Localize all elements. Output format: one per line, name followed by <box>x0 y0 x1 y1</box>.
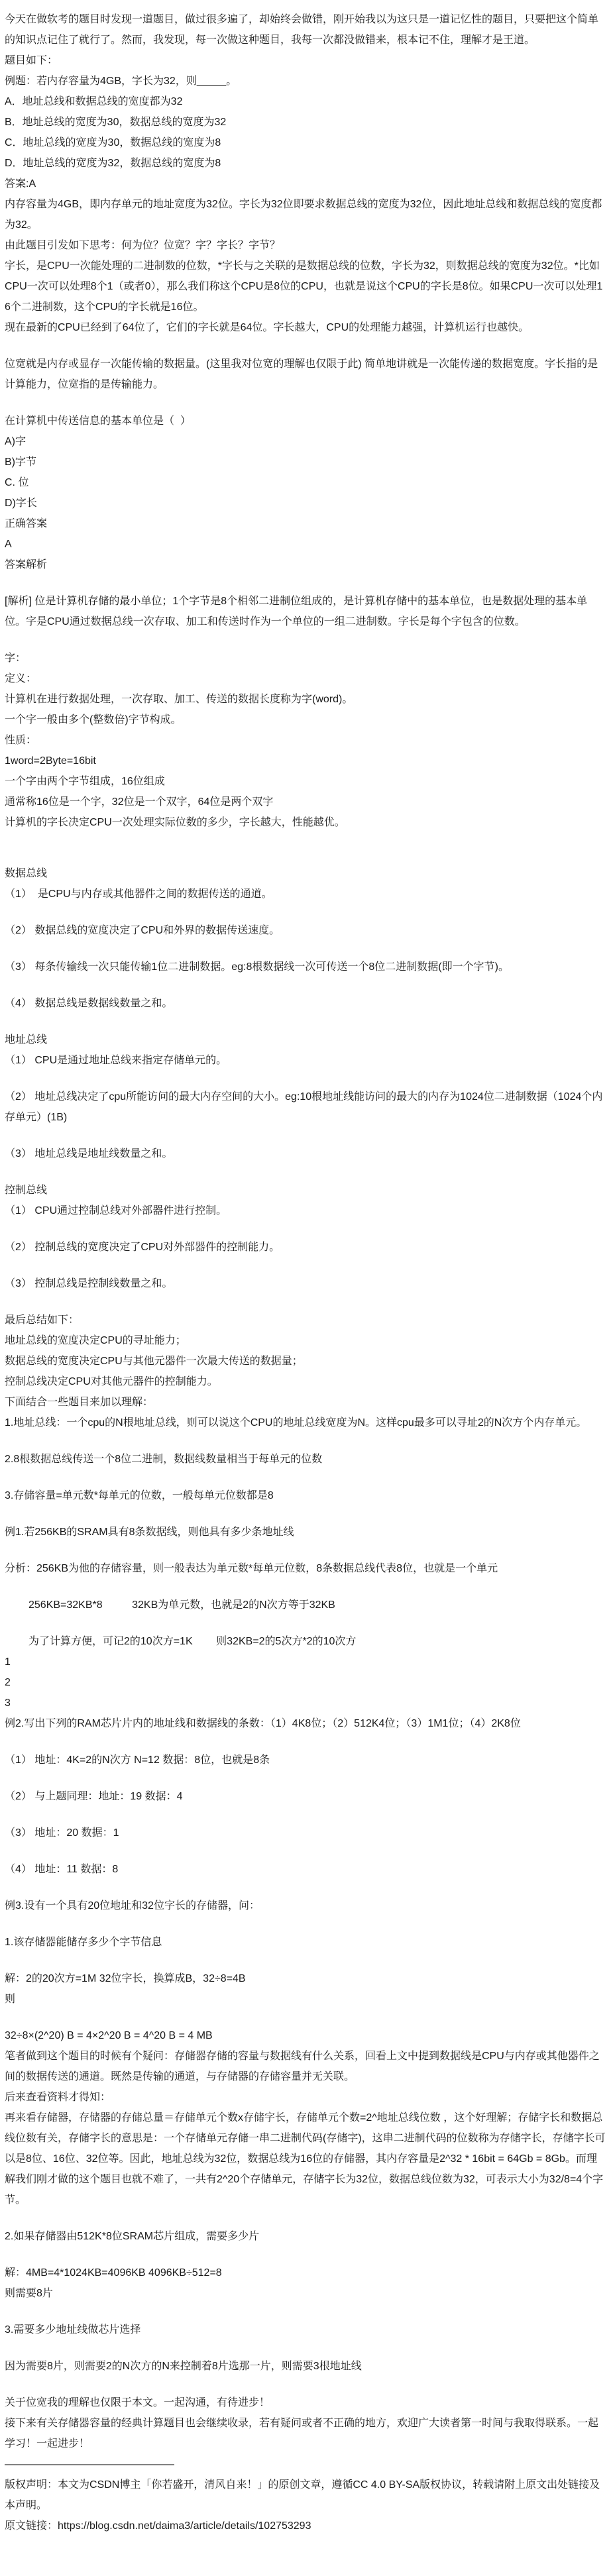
article-line: （2） 与上题同理：地址：19 数据：4 <box>5 1786 606 1807</box>
article-line: （1） 地址：4K=2的N次方 N=12 数据：8位，也就是8条 <box>5 1750 606 1770</box>
article-line: 字长，是CPU一次能处理的二进制数的位数，*字长与之关联的是数据总线的位数，字长… <box>5 256 606 317</box>
article-line: 一个字一般由多个(整数倍)字节构成。 <box>5 710 606 730</box>
article-line: 笔者做到这个题目的时候有个疑问：存储器存储的容量与数据线有什么关系，回看上文中提… <box>5 2046 606 2087</box>
article-body: 今天在做软考的题目时发现一道题目，做过很多遍了，却始终会做错，刚开始我以为这只是… <box>5 9 606 2536</box>
article-line: 字： <box>5 648 606 669</box>
article-line: 1.该存储器能储存多少个字节信息 <box>5 1932 606 1953</box>
article-line: （3） 每条传输线一次只能传输1位二进制数据。eg:8根数据线一次可传送一个8位… <box>5 957 606 977</box>
article-line: （1） 是CPU与内存或其他器件之间的数据传送的通道。 <box>5 884 606 904</box>
article-line: 定义： <box>5 669 606 689</box>
article-line: 答案:A <box>5 174 606 194</box>
article-line: 地址总线 <box>5 1030 606 1050</box>
article-line: 性质： <box>5 730 606 751</box>
article-line: A)字 <box>5 431 606 452</box>
article-line: 数据总线 <box>5 863 606 884</box>
blog-article: 今天在做软考的题目时发现一道题目，做过很多遍了，却始终会做错，刚开始我以为这只是… <box>0 0 613 2552</box>
article-line: 再来看存储器，存储器的存储总量＝存储单元个数x存储字长，存储单元个数=2^地址总… <box>5 2108 606 2210</box>
article-line: 最后总结如下： <box>5 1310 606 1330</box>
article-line: 分析：256KB为他的存储容量，则一般表达为单元数*每单元位数，8条数据总线代表… <box>5 1558 606 1579</box>
article-line: 由此题目引发如下思考：何为位？位宽？字？字长？字节？ <box>5 235 606 256</box>
article-line: D．地址总线的宽度为32，数据总线的宽度为8 <box>5 153 606 174</box>
article-line: 现在最新的CPU已经到了64位了，它们的字长就是64位。字长越大，CPU的处理能… <box>5 317 606 338</box>
article-line: （3） 地址：20 数据：1 <box>5 1823 606 1843</box>
article-line: 控制总线决定CPU对其他元器件的控制能力。 <box>5 1371 606 1392</box>
article-line: D)字长 <box>5 493 606 513</box>
article-line: 内存容量为4GB，即内存单元的地址宽度为32位。字长为32位即要求数据总线的宽度… <box>5 194 606 235</box>
article-line: 3.存储容量=单元数*每单元的位数，一般每单元位数都是8 <box>5 1485 606 1506</box>
article-line: 计算机在进行数据处理，一次存取、加工、传送的数据长度称为字(word)。 <box>5 689 606 710</box>
article-line: 2.8根数据总线传送一个8位二进制，数据线数量相当于每单元的位数 <box>5 1449 606 1470</box>
article-line: 3.需要多少地址线做芯片选择 <box>5 2320 606 2340</box>
article-line: 通常称16位是一个字，32位是一个双字，64位是两个双字 <box>5 792 606 812</box>
article-line: （4） 数据总线是数据线数量之和。 <box>5 993 606 1014</box>
article-line: 关于位宽我的理解也仅限于本文。一起沟通，有待进步！ <box>5 2392 606 2413</box>
article-line: （2） 地址总线决定了cpu所能访问的最大内存空间的大小。eg:10根地址线能访… <box>5 1087 606 1128</box>
article-line: 今天在做软考的题目时发现一道题目，做过很多遍了，却始终会做错，刚开始我以为这只是… <box>5 9 606 50</box>
article-line: （2） 控制总线的宽度决定了CPU对外部器件的控制能力。 <box>5 1237 606 1258</box>
article-line: 例3.设有一个具有20位地址和32位字长的存储器，问： <box>5 1896 606 1916</box>
article-line: 后来查看资料才得知： <box>5 2087 606 2108</box>
article-line: 题目如下： <box>5 50 606 71</box>
article-line: 为了计算方便，可记2的10次方=1K 则32KB=2的5次方*2的10次方 <box>5 1631 606 1652</box>
article-line: 解：2的20次方=1M 32位字长，换算成B，32÷8=4B <box>5 1968 606 1989</box>
article-line: C. 位 <box>5 472 606 493</box>
article-line: 例题：若内存容量为4GB，字长为32，则_____。 <box>5 71 606 91</box>
article-line: 2 <box>5 1672 606 1693</box>
article-line: （4） 地址：11 数据：8 <box>5 1859 606 1880</box>
article-line: 则 <box>5 1989 606 2010</box>
article-line: 答案解析 <box>5 555 606 575</box>
article-line: 解：4MB=4*1024KB=4096KB 4096KB÷512=8 <box>5 2263 606 2283</box>
article-line: A．地址总线和数据总线的宽度都为32 <box>5 91 606 112</box>
article-line: 1 <box>5 1652 606 1672</box>
article-line: 控制总线 <box>5 1180 606 1201</box>
article-line: 例2.写出下列的RAM芯片片内的地址线和数据线的条数：（1）4K8位；（2）51… <box>5 1713 606 1734</box>
article-line: C．地址总线的宽度为30，数据总线的宽度为8 <box>5 133 606 153</box>
article-line: （3） 控制总线是控制线数量之和。 <box>5 1273 606 1294</box>
article-line: 1word=2Byte=16bit <box>5 751 606 771</box>
article-line: 例1.若256KB的SRAM具有8条数据线，则他具有多少条地址线 <box>5 1522 606 1542</box>
article-line: （1） CPU是通过地址总线来指定存储单元的。 <box>5 1050 606 1071</box>
article-line: 在计算机中传送信息的基本单位是（ ） <box>5 411 606 431</box>
article-line: ———————————————— <box>5 2454 606 2475</box>
article-line: 256KB=32KB*8 32KB为单元数，也就是2的N次方等于32KB <box>5 1595 606 1615</box>
article-line: 接下来有关存储器容量的经典计算题目也会继续收录，若有疑问或者不正确的地方，欢迎广… <box>5 2413 606 2454</box>
article-line: （3） 地址总线是地址线数量之和。 <box>5 1144 606 1164</box>
article-line: 则需要8片 <box>5 2283 606 2304</box>
article-line: 地址总线的宽度决定CPU的寻址能力； <box>5 1330 606 1351</box>
article-line: 原文链接：https://blog.csdn.net/daima3/articl… <box>5 2516 606 2536</box>
article-line: 正确答案 <box>5 513 606 534</box>
article-line: 一个字由两个字节组成，16位组成 <box>5 771 606 792</box>
article-line: 3 <box>5 1693 606 1713</box>
article-line: B)字节 <box>5 452 606 472</box>
article-line: 计算机的字长决定CPU一次处理实际位数的多少，字长越大，性能越优。 <box>5 812 606 833</box>
article-line: 32÷8×(2^20) B = 4×2^20 B = 4^20 B = 4 MB <box>5 2025 606 2046</box>
article-line: 1.地址总线：一个cpu的N根地址总线，则可以说这个CPU的地址总线宽度为N。这… <box>5 1413 606 1433</box>
article-line: [解析] 位是计算机存储的最小单位；1个字节是8个相邻二进制位组成的，是计算机存… <box>5 591 606 632</box>
article-line: （1） CPU通过控制总线对外部器件进行控制。 <box>5 1201 606 1221</box>
article-line: 版权声明：本文为CSDN博主「你若盛开，清风自来！」的原创文章，遵循CC 4.0… <box>5 2475 606 2516</box>
article-line: 下面结合一些题目来加以理解： <box>5 1392 606 1413</box>
article-line: 数据总线的宽度决定CPU与其他元器件一次最大传送的数据量； <box>5 1351 606 1371</box>
article-line: 2.如果存储器由512K*8位SRAM芯片组成，需要多少片 <box>5 2226 606 2247</box>
article-line: 因为需要8片，则需要2的N次方的N来控制着8片选那一片，则需要3根地址线 <box>5 2356 606 2377</box>
article-line: 位宽就是内存或显存一次能传输的数据量。(这里我对位宽的理解也仅限于此) 简单地讲… <box>5 354 606 395</box>
article-line: B．地址总线的宽度为30，数据总线的宽度为32 <box>5 112 606 133</box>
article-line: A <box>5 534 606 555</box>
article-line: （2） 数据总线的宽度决定了CPU和外界的数据传送速度。 <box>5 920 606 941</box>
